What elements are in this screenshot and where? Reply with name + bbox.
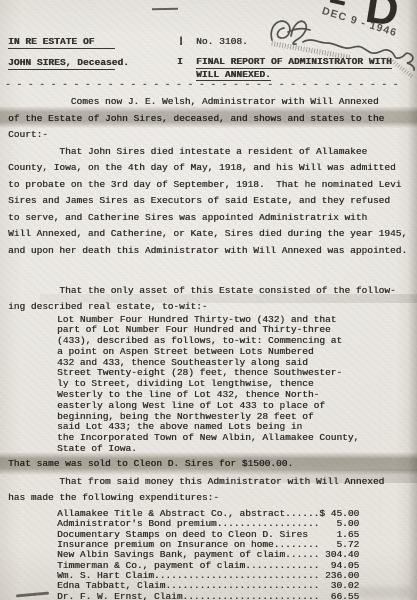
clerk-signature: [0, 0, 417, 600]
document-page: D DEC 9 - 1946 IN RE ESTATE OF JOHN SIRE…: [0, 0, 417, 600]
